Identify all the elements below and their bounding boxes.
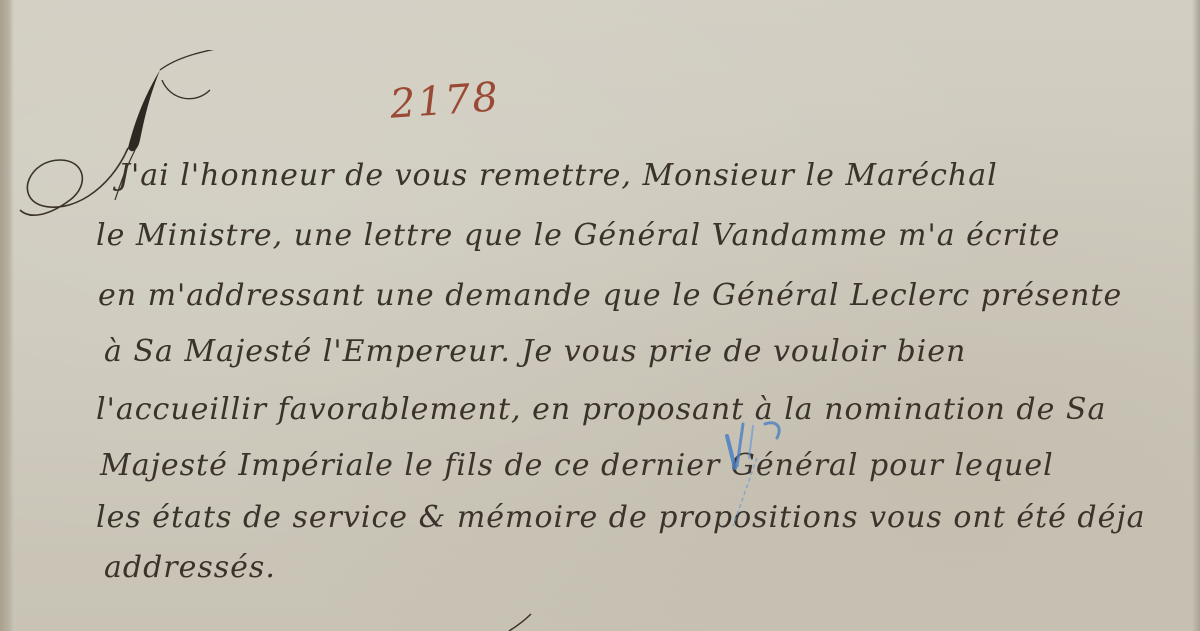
letter-line-7: les états de service & mémoire de propos… — [96, 500, 1146, 535]
decorative-initial-j-icon — [10, 50, 240, 230]
blue-pencil-annotation-icon — [715, 418, 795, 528]
partial-ink-stroke-icon — [505, 612, 535, 631]
letter-line-5: l'accueillir favorablement, en proposant… — [96, 392, 1106, 427]
archive-reference-number: 2178 — [389, 74, 502, 128]
page-right-edge-shadow — [1192, 0, 1200, 631]
letter-line-3: en m'addressant une demande que le Génér… — [98, 278, 1122, 313]
manuscript-page: 2178 J'ai l'honneur de vous remettre, Mo… — [0, 0, 1200, 631]
letter-line-1: J'ai l'honneur de vous remettre, Monsieu… — [118, 158, 998, 193]
letter-line-4: à Sa Majesté l'Empereur. Je vous prie de… — [104, 334, 966, 369]
letter-line-8: addressés. — [104, 550, 276, 585]
letter-line-2: le Ministre, une lettre que le Général V… — [96, 218, 1060, 253]
letter-line-6: Majesté Impériale le fils de ce dernier … — [100, 448, 1054, 483]
